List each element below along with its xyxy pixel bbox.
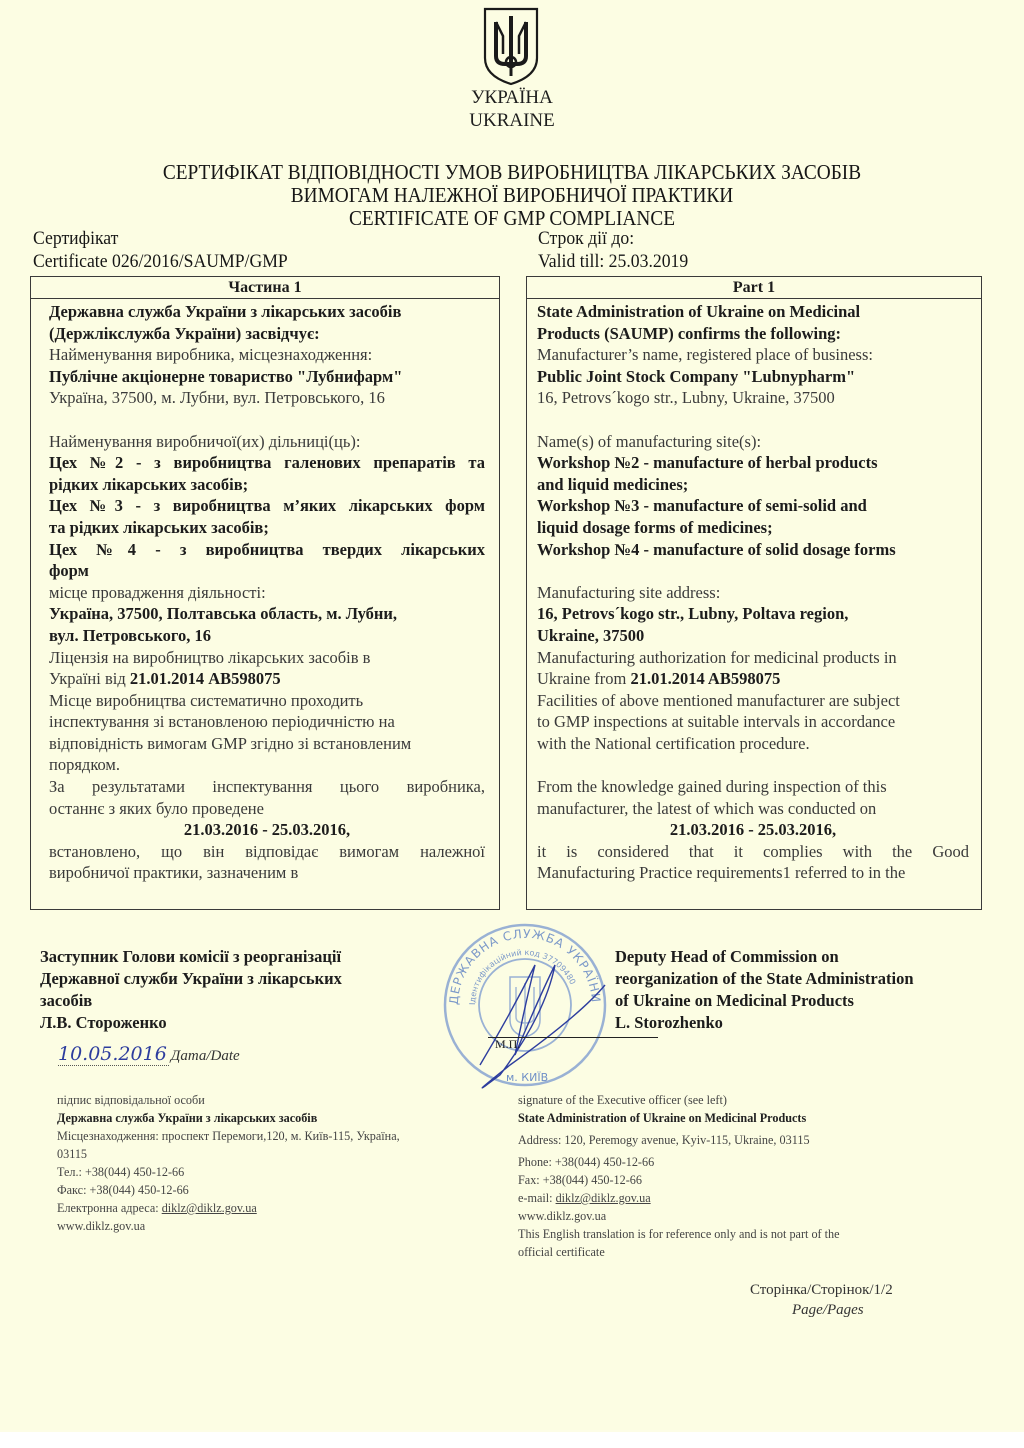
footer-org: Державна служба України з лікарських зас… (57, 1109, 400, 1127)
result-line1: From the knowledge gained during inspect… (537, 776, 969, 798)
page-bottom-margin (0, 1432, 1024, 1448)
inspect-line2: інспектування зі встановленою періодичні… (49, 711, 485, 733)
manufacturer-name: Публічне акціонерне товариство "Лубнифар… (49, 366, 485, 388)
conclusion-line2: Manufacturing Practice requirements1 ref… (537, 862, 969, 884)
site3-line2: liquid dosage forms of medicines; (537, 517, 969, 539)
manufacturer-label: Найменування виробника, місцезнаходження… (49, 344, 485, 366)
sites-label: Name(s) of manufacturing site(s): (537, 431, 969, 453)
footer-caption: signature of the Executive officer (see … (518, 1091, 840, 1109)
footer-contacts-en: signature of the Executive officer (see … (518, 1091, 840, 1261)
signatory-block-en: Deputy Head of Commission on reorganizat… (615, 946, 914, 1034)
signatory-block-ua: Заступник Голови комісії з реорганізації… (40, 946, 342, 1034)
footer-address: Address: 120, Peremogy avenue, Kyiv-115,… (518, 1131, 840, 1149)
license-line2: Україні від 21.01.2014 АВ598075 (49, 668, 485, 690)
trident-coat-of-arms-icon (481, 6, 541, 86)
part1-heading-en: Part 1 (527, 277, 981, 299)
manufacturer-address: Україна, 37500, м. Лубни, вул. Петровськ… (49, 387, 485, 409)
issuer-line2: Products (SAUMP) confirms the following: (537, 323, 969, 345)
sites-label: Найменування виробничої(их) дільниці(ць)… (49, 431, 485, 453)
footer-contacts-ua: підпис відповідальної особи Державна слу… (57, 1091, 400, 1235)
manufacturer-name: Public Joint Stock Company "Lubnypharm" (537, 366, 969, 388)
license-value: 21.01.2014 AB598075 (630, 669, 780, 688)
footer-phone: Phone: +38(044) 450-12-66 (518, 1153, 840, 1171)
signatory-title-line3: of Ukraine on Medicinal Products (615, 990, 914, 1012)
result-line2: manufacturer, the latest of which was co… (537, 798, 969, 820)
site-address-line2: вул. Петровського, 16 (49, 625, 485, 647)
site2-line1: Workshop №2 - manufacture of herbal prod… (537, 452, 969, 474)
website-link[interactable]: www.diklz.gov.ua (57, 1217, 400, 1235)
site-address-label: Manufacturing site address: (537, 582, 969, 604)
result-line2: останнє з яких було проведене (49, 798, 485, 820)
site-address-line1: Україна, 37500, Полтавська область, м. Л… (49, 603, 485, 625)
site3-line1: Workshop №3 - manufacture of semi-solid … (537, 495, 969, 517)
inspect-line4: порядком. (49, 754, 485, 776)
site4-line1: Workshop №4 - manufacture of solid dosag… (537, 539, 969, 561)
handwritten-date: 10.05.2016 (58, 1043, 169, 1066)
title-ua-line1: СЕРТИФІКАТ ВІДПОВІДНОСТІ УМОВ ВИРОБНИЦТВ… (41, 160, 983, 185)
inspect-line1: Facilities of above mentioned manufactur… (537, 690, 969, 712)
conclusion-line2: виробничої практики, зазначеним в (49, 862, 485, 884)
website-link[interactable]: www.diklz.gov.ua (518, 1207, 840, 1225)
part1-ukrainian-box: Частина 1 Державна служба України з ліка… (30, 276, 500, 910)
official-seal-icon: ДЕРЖАВНА СЛУЖБА УКРАЇНИ З ЛІКАРСЬКИХ ЗАС… (440, 905, 610, 1105)
manufacturer-label: Manufacturer’s name, registered place of… (537, 344, 969, 366)
site2-line1: Цех №2 - з виробництва галенових препара… (49, 452, 485, 474)
site-address-label: місце провадження діяльності: (49, 582, 485, 604)
manufacturer-address: 16, Petrovs´kogo str., Lubny, Ukraine, 3… (537, 387, 969, 409)
part1-heading-ua: Частина 1 (31, 277, 499, 299)
inspect-line2: to GMP inspections at suitable intervals… (537, 711, 969, 733)
certificate-label-ua: Сертифікат (33, 228, 118, 250)
inspection-dates: 21.03.2016 - 25.03.2016, (537, 819, 969, 841)
inspection-dates: 21.03.2016 - 25.03.2016, (49, 819, 485, 841)
title-ua-line2: ВИМОГАМ НАЛЕЖНОЇ ВИРОБНИЧОЇ ПРАКТИКИ (41, 183, 983, 208)
inspect-line3: відповідність вимогам GMP згідно зі вста… (49, 733, 485, 755)
site2-line2: рідких лікарських засобів; (49, 474, 485, 496)
site-address-line1: 16, Petrovs´kogo str., Lubny, Poltava re… (537, 603, 969, 625)
license-line1: Manufacturing authorization for medicina… (537, 647, 969, 669)
footer-fax: Fax: +38(044) 450-12-66 (518, 1171, 840, 1189)
issuer-line1: State Administration of Ukraine on Medic… (537, 301, 969, 323)
signatory-name: Л.В. Стороженко (40, 1012, 342, 1034)
valid-till: Valid till: 25.03.2019 (538, 251, 688, 273)
conclusion-line1: встановлено, що він відповідає вимогам н… (49, 841, 485, 863)
site4-line1: Цех №4 - з виробництва твердих лікарськи… (49, 539, 485, 561)
site3-line1: Цех №3 - з виробництва м’яких лікарських… (49, 495, 485, 517)
conclusion-line1: it is considered that it complies with t… (537, 841, 969, 863)
email-link[interactable]: diklz@diklz.gov.ua (162, 1201, 257, 1215)
footer-phone: Тел.: +38(044) 450-12-66 (57, 1163, 400, 1181)
valid-label-ua: Строк дії до: (538, 228, 634, 250)
email-link[interactable]: diklz@diklz.gov.ua (556, 1191, 651, 1205)
site-address-line2: Ukraine, 37500 (537, 625, 969, 647)
license-line2: Ukraine from 21.01.2014 AB598075 (537, 668, 969, 690)
site2-line2: and liquid medicines; (537, 474, 969, 496)
footer-address-line1: Місцезнаходження: проспект Перемоги,120,… (57, 1127, 400, 1145)
disclaimer-line2: official certificate (518, 1243, 840, 1261)
signatory-title-line3: засобів (40, 990, 342, 1012)
stamp-place-label: М.П. (495, 1037, 520, 1052)
license-line1: Ліцензія на виробництво лікарських засоб… (49, 647, 485, 669)
issuer-line2: (Держлікслужба України) засвідчує: (49, 323, 485, 345)
signatory-title-line1: Deputy Head of Commission on (615, 946, 914, 968)
signatory-name: L. Storozhenko (615, 1012, 914, 1034)
inspect-line3: with the National certification procedur… (537, 733, 969, 755)
date-label: Дата/Date (171, 1048, 240, 1064)
issuer-line1: Державна служба України з лікарських зас… (49, 301, 485, 323)
signature-date: 10.05.2016Дата/Date (58, 1043, 240, 1065)
inspect-line1: Місце виробництва систематично проходить (49, 690, 485, 712)
result-line1: За результатами інспектування цього виро… (49, 776, 485, 798)
footer-caption: підпис відповідальної особи (57, 1091, 400, 1109)
title-en: CERTIFICATE OF GMP COMPLIANCE (41, 206, 983, 231)
site3-line2: та рідких лікарських засобів; (49, 517, 485, 539)
page-number-en: Page/Pages (792, 1302, 864, 1319)
footer-fax: Факс: +38(044) 450-12-66 (57, 1181, 400, 1199)
site4-line2: форм (49, 560, 485, 582)
certificate-number: Certificate 026/2016/SAUMP/GMP (33, 251, 288, 273)
signatory-title-line1: Заступник Голови комісії з реорганізації (40, 946, 342, 968)
part1-english-box: Part 1 State Administration of Ukraine o… (526, 276, 982, 910)
license-value: 21.01.2014 АВ598075 (130, 669, 281, 688)
signatory-title-line2: reorganization of the State Administrati… (615, 968, 914, 990)
signatory-title-line2: Державної служби України з лікарських (40, 968, 342, 990)
disclaimer-line1: This English translation is for referenc… (518, 1225, 840, 1243)
country-name-en: UKRAINE (0, 110, 1024, 132)
footer-org: State Administration of Ukraine on Medic… (518, 1109, 840, 1127)
page-number-ua: Сторінка/Сторінок/1/2 (750, 1282, 893, 1299)
svg-text:м. КИЇВ: м. КИЇВ (506, 1071, 548, 1084)
footer-address-line2: 03115 (57, 1145, 400, 1163)
footer-email-row: Електронна адреса: diklz@diklz.gov.ua (57, 1199, 400, 1217)
footer-email-row: e-mail: diklz@diklz.gov.ua (518, 1189, 840, 1207)
country-name-ua: УКРАЇНА (0, 87, 1024, 109)
